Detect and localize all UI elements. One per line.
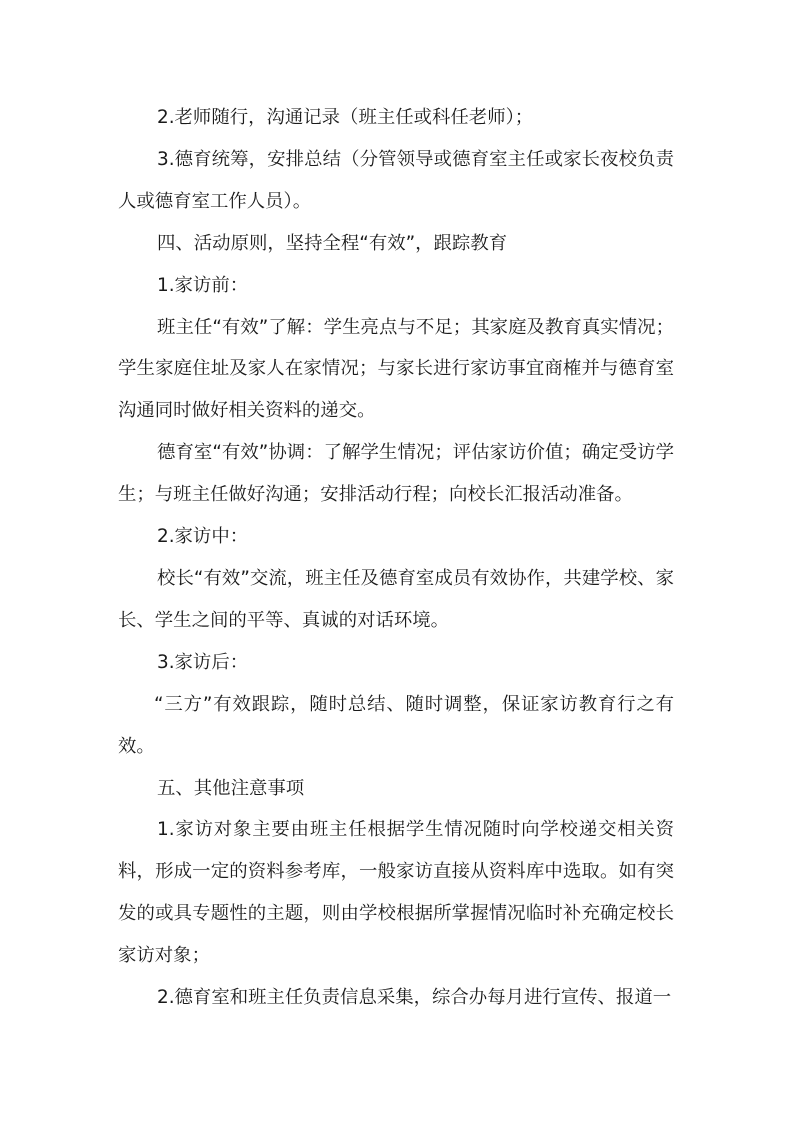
paragraph-three-party-tracking: “三方”有效跟踪，随时总结、随时调整，保证家访教育行之有效。 <box>118 684 674 768</box>
paragraph-principal-communication: 校长“有效”交流，班主任及德育室成员有效协作，共建学校、家长、学生之间的平等、真… <box>118 558 674 642</box>
subheading-before-visit: 1.家访前： <box>118 265 674 307</box>
paragraph-information-collection: 2.德育室和班主任负责信息采集，综合办每月进行宣传、报道一 <box>118 977 674 1019</box>
paragraph-teacher-accompany: 2.老师随行，沟通记录（班主任或科任老师）； <box>118 97 674 139</box>
paragraph-moral-education-coordination: 3.德育统筹，安排总结（分管领导或德育室主任或家长夜校负责人或德育室工作人员）。 <box>118 139 674 223</box>
subheading-after-visit: 3.家访后： <box>118 642 674 684</box>
document-page: 2.老师随行，沟通记录（班主任或科任老师）； 3.德育统筹，安排总结（分管领导或… <box>118 97 674 1019</box>
paragraph-moral-office-coordination: 德育室“有效”协调：了解学生情况；评估家访价值；确定受访学生；与班主任做好沟通；… <box>118 432 674 516</box>
section-heading-other-notes: 五、其他注意事项 <box>118 768 674 810</box>
paragraph-visit-targets: 1.家访对象主要由班主任根据学生情况随时向学校递交相关资料，形成一定的资料参考库… <box>118 809 674 977</box>
section-heading-activity-principles: 四、活动原则，坚持全程“有效”，跟踪教育 <box>118 223 674 265</box>
subheading-during-visit: 2.家访中： <box>118 516 674 558</box>
paragraph-head-teacher-understanding: 班主任“有效”了解：学生亮点与不足；其家庭及教育真实情况；学生家庭住址及家人在家… <box>118 307 674 433</box>
